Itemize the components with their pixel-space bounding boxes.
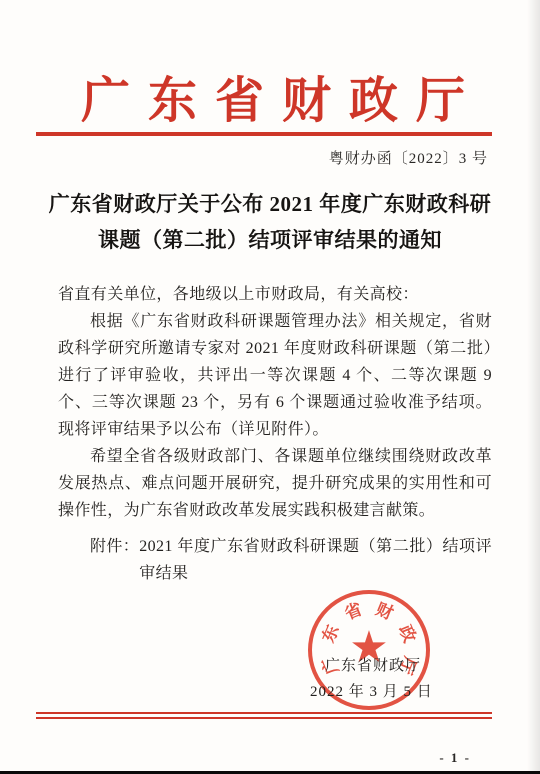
red-separator-line <box>36 132 492 136</box>
page-number: - 1 - <box>439 750 471 766</box>
seal-arc-char: 省 <box>339 596 365 622</box>
signature-org: 广东省财政厅 <box>325 654 421 675</box>
paragraph-1: 根据《广东省财政科研课题管理办法》相关规定，省财政科学研究所邀请专家对 2021… <box>58 308 492 443</box>
signature-date: 2022 年 3 月 5 日 <box>310 680 433 701</box>
seal-arc-char: 政 <box>396 620 422 646</box>
seal-arc-char: 财 <box>372 596 398 622</box>
scan-edge-shadow <box>527 0 540 774</box>
doc-number: 粤财办函〔2022〕3 号 <box>329 147 488 168</box>
footer-double-line <box>36 712 492 719</box>
attachment-label: 附件： <box>90 533 139 587</box>
notice-title-line2: 课题（第二批）结项评审结果的通知 <box>30 222 510 258</box>
attachment-text: 2021 年度广东省财政科研课题（第二批）结项评审结果 <box>139 533 492 587</box>
notice-title-line1: 广东省财政厅关于公布 2021 年度广东财政科研 <box>30 186 510 222</box>
body-text: 省直有关单位，各地级以上市财政局，有关高校： 根据《广东省财政科研课题管理办法》… <box>58 281 492 587</box>
attachment-line: 附件： 2021 年度广东省财政科研课题（第二批）结项评审结果 <box>58 533 492 587</box>
document-page: 广东省财政厅 粤财办函〔2022〕3 号 广东省财政厅关于公布 2021 年度广… <box>0 0 540 774</box>
seal-arc-char: 东 <box>315 620 341 646</box>
salutation: 省直有关单位，各地级以上市财政局，有关高校： <box>58 281 492 308</box>
letterhead-title: 广东省财政厅 <box>0 62 540 132</box>
notice-title: 广东省财政厅关于公布 2021 年度广东财政科研 课题（第二批）结项评审结果的通… <box>30 186 510 258</box>
paragraph-2: 希望全省各级财政部门、各课题单位继续围绕财政改革发展热点、难点问题开展研究，提升… <box>58 443 492 524</box>
